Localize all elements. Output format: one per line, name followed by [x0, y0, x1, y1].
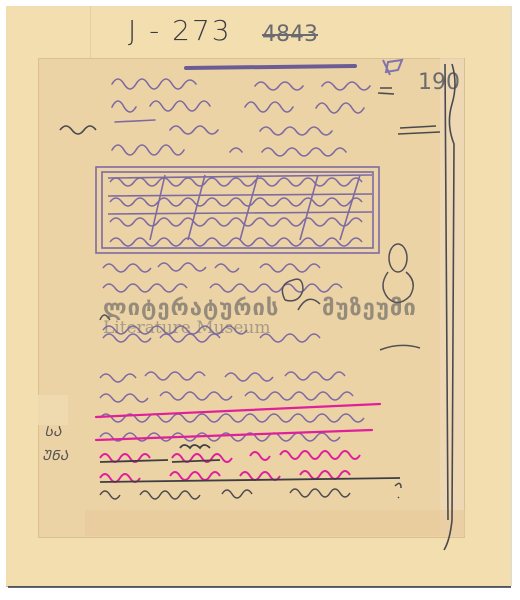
watermark-georgian-right: მუზეუმი — [322, 296, 417, 321]
margin-note-1: ᲡᲐ — [44, 422, 61, 441]
watermark-english: Literature Museum — [103, 318, 270, 338]
margin-note-2: ᲣᲜᲐ — [42, 446, 68, 465]
